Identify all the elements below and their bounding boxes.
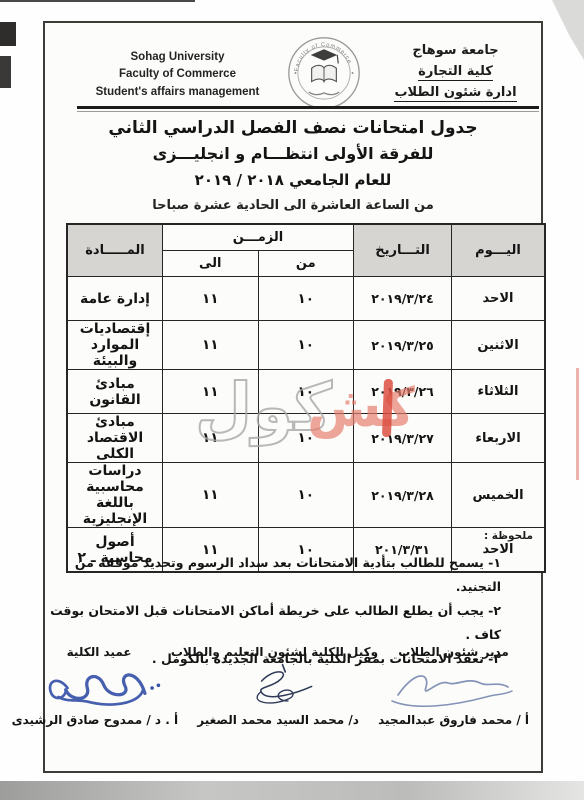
scan-edge-artifact xyxy=(576,368,579,480)
table-row: الثلاثاء ٢٠١٩/٣/٢٦ ١٠ ١١ مبادئ القانون xyxy=(67,370,545,414)
scan-edge-artifact xyxy=(0,781,584,800)
subject-cell: دراسات محاسبية باللغة الإنجليزية xyxy=(67,463,163,528)
signature-dean: عميد الكلية أ . د / ممدوح صادق الرشيدى xyxy=(20,645,178,727)
exam-schedule-table: اليـــوم التـــاريخ الزمـــن المـــــادة… xyxy=(66,223,546,573)
day-cell: الاحد xyxy=(452,277,546,321)
col-header-time-from: من xyxy=(258,251,354,277)
department-name-ar: ادارة شئون الطلاب xyxy=(370,83,541,104)
date-cell: ٢٠١٩/٣/٢٦ xyxy=(354,370,452,414)
signature-block: مدير شئون الطلاب أ / محمد فاروق عبدالمجي… xyxy=(57,645,529,727)
time-to-cell: ١١ xyxy=(163,321,259,370)
document-page: Sohag University Faculty of Commerce Stu… xyxy=(43,21,543,773)
table-row: الاحد ٢٠١٩/٣/٢٤ ١٠ ١١ إدارة عامة xyxy=(67,277,545,321)
scan-edge-artifact xyxy=(0,22,16,46)
signature-name: أ . د / ممدوح صادق الرشيدى xyxy=(20,713,178,727)
scan-edge-artifact xyxy=(0,56,11,88)
table-row: الاثنين ٢٠١٩/٣/٢٥ ١٠ ١١ إقتصاديات الموار… xyxy=(67,321,545,370)
subject-cell: إدارة عامة xyxy=(67,277,163,321)
day-cell: الخميس xyxy=(452,463,546,528)
signature-name: د/ محمد السيد محمد الصغير xyxy=(178,713,378,727)
signature-title: عميد الكلية xyxy=(20,645,178,659)
day-cell: الاربعاء xyxy=(452,414,546,463)
signature-title: وكيل الكلية لشئون التعليم والطلاب xyxy=(178,645,378,659)
signature-student-affairs-director: مدير شئون الطلاب أ / محمد فاروق عبدالمجي… xyxy=(378,645,529,727)
time-to-cell: ١١ xyxy=(163,463,259,528)
time-to-cell: ١١ xyxy=(163,277,259,321)
col-header-date: التـــاريخ xyxy=(354,224,452,277)
handwritten-signature-icon xyxy=(20,661,178,713)
scanned-document: Sohag University Faculty of Commerce Stu… xyxy=(0,0,584,800)
subject-cell: مبادئ الاقتصاد الكلى xyxy=(67,414,163,463)
date-cell: ٢٠١٩/٣/٢٥ xyxy=(354,321,452,370)
department-name-en: Student's affairs management xyxy=(75,84,280,101)
exam-title-block: جدول امتحانات نصف الفصل الدراسي الثاني ل… xyxy=(45,115,541,217)
exam-time-line: من الساعة العاشرة الى الحادية عشرة صباحا xyxy=(45,194,541,217)
faculty-name-ar: كلية التجارة xyxy=(370,62,541,83)
time-to-cell: ١١ xyxy=(163,414,259,463)
note-item: ٢- يجب أن يطلع الطالب على خريطة أماكن ال… xyxy=(45,599,501,647)
handwritten-signature-icon xyxy=(378,661,529,713)
day-cell: الثلاثاء xyxy=(452,370,546,414)
time-to-cell: ١١ xyxy=(163,370,259,414)
time-from-cell: ١٠ xyxy=(258,414,354,463)
subject-cell: إقتصاديات الموارد والبيئة xyxy=(67,321,163,370)
date-cell: ٢٠١٩/٣/٢٧ xyxy=(354,414,452,463)
academic-year-line: للعام الجامعي ٢٠١٨ / ٢٠١٩ xyxy=(45,167,541,194)
signature-vice-dean: وكيل الكلية لشئون التعليم والطلاب د/ محم… xyxy=(178,645,378,727)
time-from-cell: ١٠ xyxy=(258,277,354,321)
time-from-cell: ١٠ xyxy=(258,321,354,370)
scan-edge-artifact xyxy=(0,0,195,2)
exam-title-line1: جدول امتحانات نصف الفصل الدراسي الثاني xyxy=(45,115,541,141)
scan-edge-artifact xyxy=(552,0,584,60)
notes-label: ملحوظة : xyxy=(484,530,533,542)
table-row: الخميس ٢٠١٩/٣/٢٨ ١٠ ١١ دراسات محاسبية با… xyxy=(67,463,545,528)
day-cell: الاثنين xyxy=(452,321,546,370)
note-item: ١- يسمح للطالب بتأدية الامتحانات بعد سدا… xyxy=(45,551,501,599)
letterhead-english: Sohag University Faculty of Commerce Stu… xyxy=(75,35,280,101)
signature-name: أ / محمد فاروق عبدالمجيد xyxy=(378,713,529,727)
date-cell: ٢٠١٩/٣/٢٤ xyxy=(354,277,452,321)
col-header-subject: المـــــادة xyxy=(67,224,163,277)
col-header-day: اليـــوم xyxy=(452,224,546,277)
letterhead: Sohag University Faculty of Commerce Stu… xyxy=(45,35,541,111)
exam-title-line2: للفرقة الأولى انتظـــام و انجليـــزى xyxy=(45,141,541,167)
signature-title: مدير شئون الطلاب xyxy=(378,645,529,659)
university-name-en: Sohag University xyxy=(75,49,280,66)
table-row: الاربعاء ٢٠١٩/٣/٢٧ ١٠ ١١ مبادئ الاقتصاد … xyxy=(67,414,545,463)
table-header: اليـــوم التـــاريخ الزمـــن المـــــادة… xyxy=(67,224,545,277)
date-cell: ٢٠١٩/٣/٢٨ xyxy=(354,463,452,528)
time-from-cell: ١٠ xyxy=(258,463,354,528)
faculty-seal-icon: Faculty of Commerce xyxy=(284,35,364,111)
handwritten-signature-icon xyxy=(178,661,378,713)
time-from-cell: ١٠ xyxy=(258,370,354,414)
col-header-time-to: الى xyxy=(163,251,259,277)
subject-cell: مبادئ القانون xyxy=(67,370,163,414)
header-divider xyxy=(77,106,539,109)
col-header-time: الزمـــن xyxy=(163,224,354,251)
faculty-name-en: Faculty of Commerce xyxy=(75,66,280,83)
letterhead-arabic: جامعة سوهاج كلية التجارة ادارة شئون الطل… xyxy=(364,35,541,103)
university-name-ar: جامعة سوهاج xyxy=(370,41,541,62)
